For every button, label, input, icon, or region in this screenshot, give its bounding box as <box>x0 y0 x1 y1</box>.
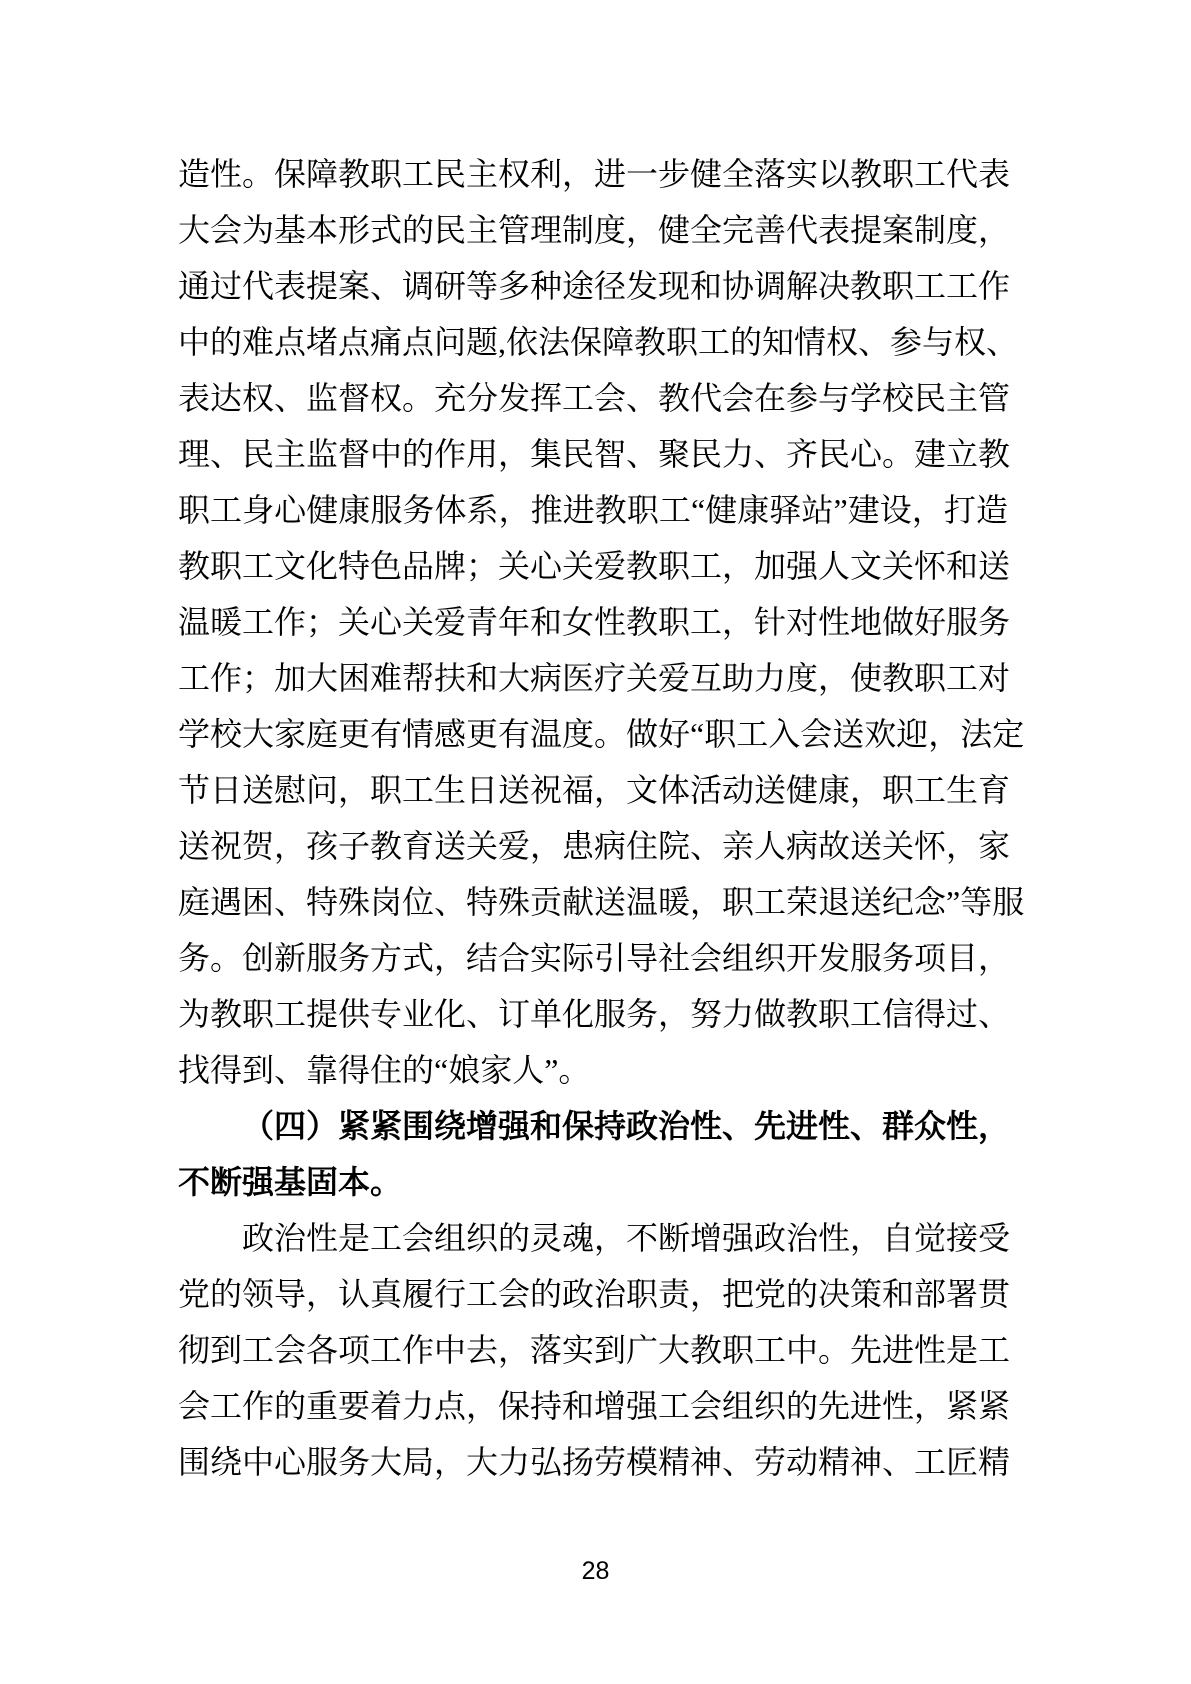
section-heading-line: （四）紧紧围绕增强和保持政治性、先进性、群众性， <box>178 1098 1008 1154</box>
body-text-line: 政治性是工会组织的灵魂，不断增强政治性，自觉接受 <box>178 1210 1008 1266</box>
body-text-line: 找得到、靠得住的“娘家人”。 <box>178 1042 1008 1098</box>
page-number: 28 <box>0 1556 1191 1586</box>
body-text-line: 会工作的重要着力点，保持和增强工会组织的先进性，紧紧 <box>178 1378 1008 1434</box>
body-text-line: 大会为基本形式的民主管理制度，健全完善代表提案制度， <box>178 202 1008 258</box>
body-text-line: 工作；加大困难帮扶和大病医疗关爱互助力度，使教职工对 <box>178 650 1008 706</box>
body-text-line: 围绕中心服务大局，大力弘扬劳模精神、劳动精神、工匠精 <box>178 1434 1008 1490</box>
body-text-line: 表达权、监督权。充分发挥工会、教代会在参与学校民主管 <box>178 370 1008 426</box>
body-text-line: 学校大家庭更有情感更有温度。做好“职工入会送欢迎，法定 <box>178 706 1008 762</box>
body-text-line: 送祝贺，孩子教育送关爱，患病住院、亲人病故送关怀，家 <box>178 818 1008 874</box>
body-text-line: 造性。保障教职工民主权利，进一步健全落实以教职工代表 <box>178 146 1008 202</box>
document-body: 造性。保障教职工民主权利，进一步健全落实以教职工代表 大会为基本形式的民主管理制… <box>178 146 1008 1490</box>
body-text-line: 职工身心健康服务体系，推进教职工“健康驿站”建设，打造 <box>178 482 1008 538</box>
body-text-line: 温暖工作；关心关爱青年和女性教职工，针对性地做好服务 <box>178 594 1008 650</box>
body-text-line: 教职工文化特色品牌；关心关爱教职工，加强人文关怀和送 <box>178 538 1008 594</box>
body-text-line: 为教职工提供专业化、订单化服务，努力做教职工信得过、 <box>178 986 1008 1042</box>
body-text-line: 务。创新服务方式，结合实际引导社会组织开发服务项目， <box>178 930 1008 986</box>
body-text-line: 通过代表提案、调研等多种途径发现和协调解决教职工工作 <box>178 258 1008 314</box>
body-text-line: 节日送慰问，职工生日送祝福，文体活动送健康，职工生育 <box>178 762 1008 818</box>
body-text-line: 理、民主监督中的作用，集民智、聚民力、齐民心。建立教 <box>178 426 1008 482</box>
body-text-line: 彻到工会各项工作中去，落实到广大教职工中。先进性是工 <box>178 1322 1008 1378</box>
body-text-line: 庭遇困、特殊岗位、特殊贡献送温暖，职工荣退送纪念”等服 <box>178 874 1008 930</box>
section-heading-line: 不断强基固本。 <box>178 1154 1008 1210</box>
document-page: 造性。保障教职工民主权利，进一步健全落实以教职工代表 大会为基本形式的民主管理制… <box>0 0 1191 1684</box>
body-text-line: 党的领导，认真履行工会的政治职责，把党的决策和部署贯 <box>178 1266 1008 1322</box>
body-text-line: 中的难点堵点痛点问题,依法保障教职工的知情权、参与权、 <box>178 314 1008 370</box>
